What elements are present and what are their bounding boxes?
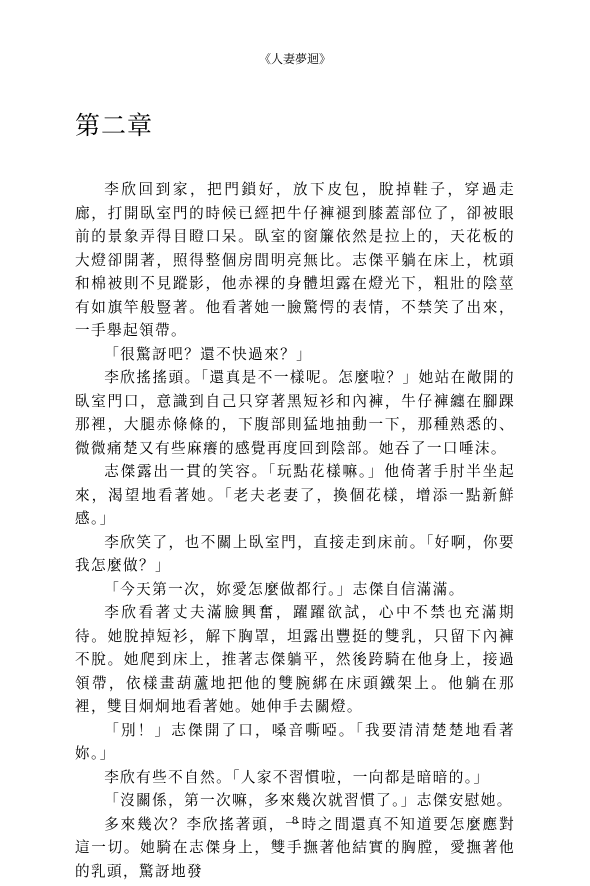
paragraph: 李欣有些不自然。「人家不習慣啦，一向都是暗暗的。」	[75, 766, 515, 790]
paragraph: 李欣搖搖頭。「還真是不一樣呢。怎麼啦？」她站在敞開的臥室門口，意識到自己只穿著黑…	[75, 366, 515, 460]
paragraph: 「今天第一次，妳愛怎麼做都行。」志傑自信滿滿。	[75, 578, 515, 602]
paragraph: 志傑露出一貫的笑容。「玩點花樣嘛。」他倚著手肘半坐起來，渴望地看著她。「老夫老妻…	[75, 460, 515, 531]
paragraph: 「很驚訝吧？還不快過來？」	[75, 343, 515, 367]
chapter-body: 李欣回到家，把門鎖好，放下皮包，脫掉鞋子，穿過走廊，打開臥室門的時候已經把牛仔褲…	[75, 178, 515, 883]
paragraph: 「別！」志傑開了口，嗓音嘶啞。「我要清清楚楚地看著妳。」	[75, 719, 515, 766]
paragraph: 李欣看著丈夫滿臉興奮，躍躍欲試，心中不禁也充滿期待。她脫掉短衫，解下胸罩，坦露出…	[75, 601, 515, 719]
running-header-book-title: 《人妻夢迴》	[0, 51, 590, 67]
paragraph: 李欣回到家，把門鎖好，放下皮包，脫掉鞋子，穿過走廊，打開臥室門的時候已經把牛仔褲…	[75, 178, 515, 343]
paragraph: 李欣笑了，也不關上臥室門，直接走到床前。「好啊，你要我怎麼做？」	[75, 531, 515, 578]
chapter-title: 第二章	[75, 110, 153, 142]
page-number: 8	[0, 813, 590, 827]
document-page: 《人妻夢迴》 第二章 李欣回到家，把門鎖好，放下皮包，脫掉鞋子，穿過走廊，打開臥…	[0, 0, 590, 886]
paragraph: 「沒關係，第一次嘛，多來幾次就習慣了。」志傑安慰她。	[75, 789, 515, 813]
